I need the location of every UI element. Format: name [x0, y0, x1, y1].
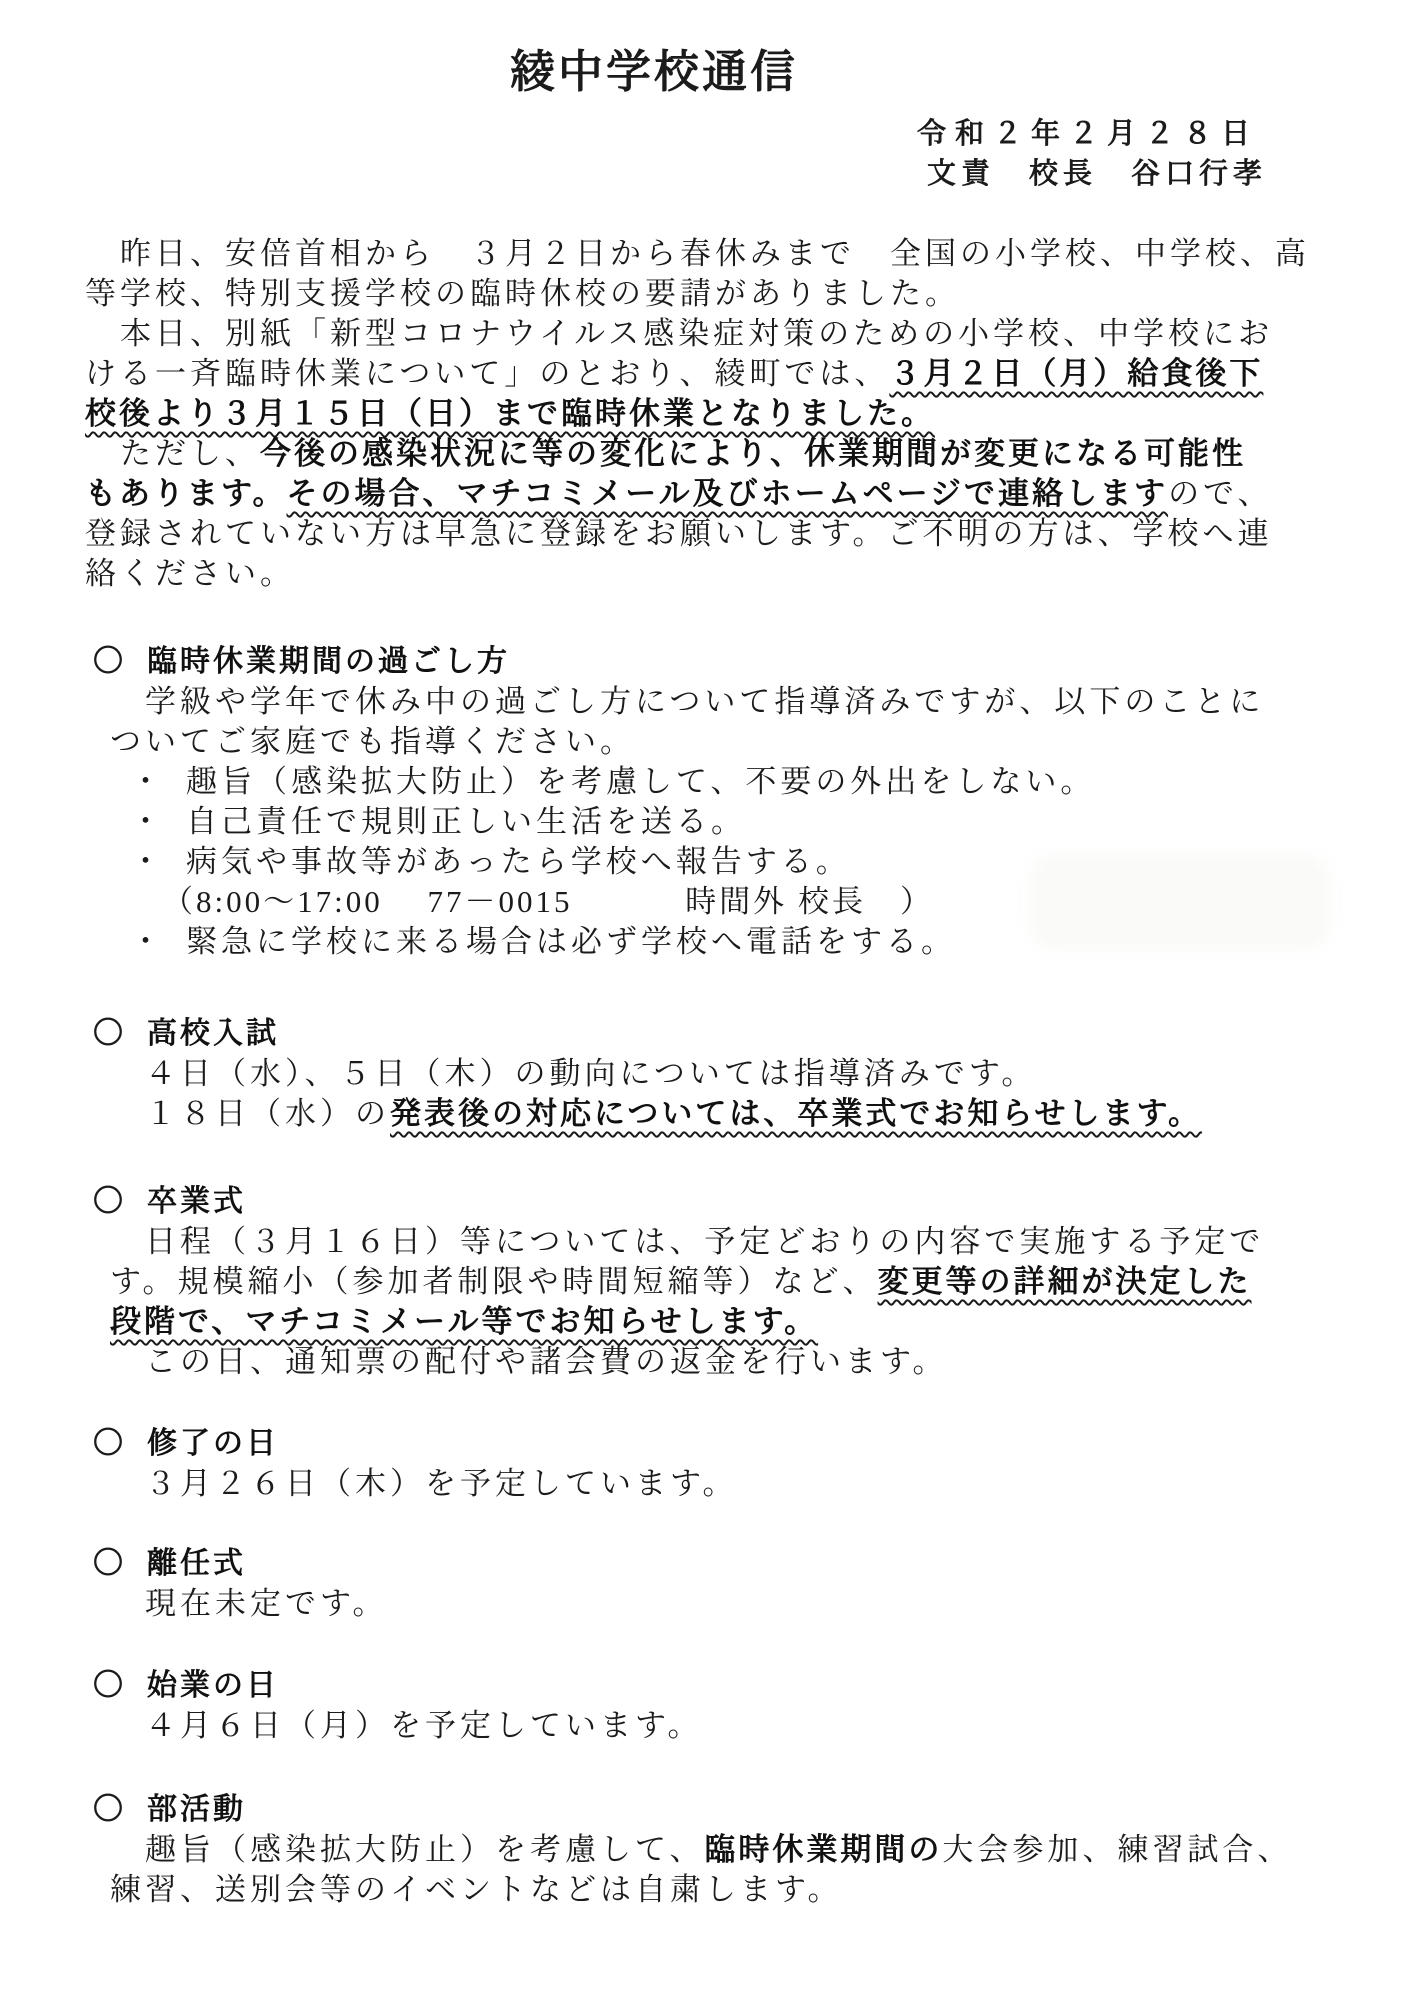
text-run: 練習、送別会等のイベントなどは自粛します。	[110, 1872, 843, 1907]
bullet-marker: ・	[130, 802, 186, 842]
section-heading: 〇 卒業式	[93, 1182, 1339, 1222]
bold-text-run: 臨時休業期間の	[704, 1832, 942, 1867]
text-run: 本日、別紙「新型コロナウイルス感染症対策のための小学校、中学校にお	[85, 316, 1273, 351]
section-graduation-ceremony: 〇 卒業式 日程（３月１６日）等については、予定どおりの内容で実施する予定で す…	[85, 1182, 1339, 1382]
emphasized-text-run: 校後より３月１５日（日）まで臨時休業となりました。	[85, 396, 935, 431]
section-body: ３月２６日（木）を予定しています。	[110, 1464, 1339, 1504]
paragraph-line: 本日、別紙「新型コロナウイルス感染症対策のための小学校、中学校にお	[85, 314, 1339, 354]
text-run: この日、通知票の配付や諸会費の返金を行います。	[110, 1344, 948, 1379]
paragraph-line: この日、通知票の配付や諸会費の返金を行います。	[110, 1342, 1339, 1382]
text-run: 学級や学年で休み中の過ごし方について指導済みですが、以下のことに	[110, 684, 1264, 719]
paragraph-line: 校後より３月１５日（日）まで臨時休業となりました。	[85, 394, 1339, 434]
bullet-marker: ・	[130, 842, 186, 882]
section-heading: 〇 高校入試	[93, 1014, 1339, 1054]
paragraph-line: す。規模縮小（参加者制限や時間短縮等）など、変更等の詳細が決定した	[110, 1262, 1339, 1302]
section-body: 現在未定です。	[110, 1584, 1339, 1624]
section-heading: 〇 始業の日	[93, 1666, 1339, 1706]
paragraph-line: もあります。その場合、マチコミメール及びホームページで連絡しますので、	[85, 474, 1339, 514]
section-term-start-day: 〇 始業の日 ４月６日（月）を予定しています。	[85, 1666, 1339, 1746]
paragraph-line: ける一斉臨時休業について」のとおり、綾町では、３月２日（月）給食後下	[85, 354, 1339, 394]
section-body: 趣旨（感染拡大防止）を考慮して、臨時休業期間の大会参加、練習試合、 練習、送別会…	[110, 1830, 1339, 1910]
text-run: 現在未定です。	[110, 1586, 388, 1621]
paragraph-line: ４日（水）、５日（木）の動向については指導済みです。	[110, 1054, 1339, 1094]
bullet-text: 病気や事故等があったら学校へ報告する。	[186, 842, 851, 882]
circle-marker: 〇	[93, 1666, 127, 1706]
text-run: 趣旨（感染拡大防止）を考慮して、	[110, 1832, 704, 1867]
bullet-item: ・自己責任で規則正しい生活を送る。	[130, 802, 1339, 842]
text-run: 登録されていない方は早急に登録をお願いします。ご不明の方は、学校へ連	[85, 516, 1273, 551]
section-title: 卒業式	[147, 1182, 246, 1222]
intro-paragraphs: 昨日、安倍首相から ３月２日から春休みまで 全国の小学校、中学校、高 等学校、特…	[85, 234, 1339, 594]
bullet-marker: ・	[130, 762, 186, 802]
section-high-school-exams: 〇 高校入試 ４日（水）、５日（木）の動向については指導済みです。 １８日（水）…	[85, 1014, 1339, 1134]
text-run: 昨日、安倍首相から ３月２日から春休みまで 全国の小学校、中学校、高	[85, 236, 1310, 271]
emphasized-text-run: その場合、マチコミメール及びホームページで連絡します	[287, 476, 1169, 511]
paragraph-line: 日程（３月１６日）等については、予定どおりの内容で実施する予定で	[110, 1222, 1339, 1262]
circle-marker: 〇	[93, 1182, 127, 1222]
emphasized-text-run: 段階で、マチコミメール等でお知らせします。	[110, 1304, 818, 1339]
bullet-marker: ・	[130, 922, 186, 962]
bold-text-run: もあります。	[85, 476, 287, 511]
author-byline: 文責 校長 谷口行孝	[85, 154, 1267, 194]
section-club-activities: 〇 部活動 趣旨（感染拡大防止）を考慮して、臨時休業期間の大会参加、練習試合、 …	[85, 1790, 1339, 1910]
bullet-item: ・趣旨（感染拡大防止）を考慮して、不要の外出をしない。	[130, 762, 1339, 802]
section-title: 高校入試	[147, 1014, 279, 1054]
section-title: 始業の日	[147, 1666, 279, 1706]
paragraph-line: 絡ください。	[85, 554, 1339, 594]
bold-text-run: 今後の感染状況に等の変化により、休業期間が変更になる可能性	[260, 436, 1246, 471]
text-run: 絡ください。	[85, 556, 295, 591]
section-body: ４日（水）、５日（木）の動向については指導済みです。 １８日（水）の発表後の対応…	[110, 1054, 1339, 1134]
paragraph-line: ４月６日（月）を予定しています。	[110, 1706, 1339, 1746]
section-body: ４月６日（月）を予定しています。	[110, 1706, 1339, 1746]
issue-date: 令和２年２月２８日	[85, 114, 1259, 154]
section-heading: 〇 臨時休業期間の過ごし方	[93, 642, 1339, 682]
section-title: 離任式	[147, 1544, 246, 1584]
section-heading: 〇 部活動	[93, 1790, 1339, 1830]
text-run: １８日（水）の	[110, 1096, 390, 1131]
text-run: ４月６日（月）を予定しています。	[110, 1708, 703, 1743]
circle-marker: 〇	[93, 1790, 127, 1830]
text-run: 大会参加、練習試合、	[942, 1832, 1292, 1867]
paragraph-line: 登録されていない方は早急に登録をお願いします。ご不明の方は、学校へ連	[85, 514, 1339, 554]
section-heading: 〇 離任式	[93, 1544, 1339, 1584]
paragraph-line: ３月２６日（木）を予定しています。	[110, 1464, 1339, 1504]
text-run: ただし、	[85, 436, 260, 471]
paragraph-line: 練習、送別会等のイベントなどは自粛します。	[110, 1870, 1339, 1910]
section-farewell-ceremony: 〇 離任式 現在未定です。	[85, 1544, 1339, 1624]
paragraph-line: 学級や学年で休み中の過ごし方について指導済みですが、以下のことに	[110, 682, 1339, 722]
section-body: 日程（３月１６日）等については、予定どおりの内容で実施する予定で す。規模縮小（…	[110, 1222, 1339, 1382]
paragraph-line: 趣旨（感染拡大防止）を考慮して、臨時休業期間の大会参加、練習試合、	[110, 1830, 1339, 1870]
newsletter-page: 綾中学校通信 令和２年２月２８日 文責 校長 谷口行孝 昨日、安倍首相から ３月…	[0, 0, 1414, 2000]
circle-marker: 〇	[93, 642, 127, 682]
section-title: 臨時休業期間の過ごし方	[147, 642, 510, 682]
text-run: ける一斉臨時休業について」のとおり、綾町では、	[85, 356, 889, 391]
bullet-text: 自己責任で規則正しい生活を送る。	[186, 802, 746, 842]
paragraph-line: ついてご家庭でも指導ください。	[110, 722, 1339, 762]
emphasized-text-run: ３月２日（月）給食後下	[889, 356, 1263, 391]
text-run: 等学校、特別支援学校の臨時休校の要請がありました。	[85, 276, 960, 311]
circle-marker: 〇	[93, 1014, 127, 1054]
bullet-text: 趣旨（感染拡大防止）を考慮して、不要の外出をしない。	[186, 762, 1095, 802]
text-run: 日程（３月１６日）等については、予定どおりの内容で実施する予定で	[110, 1224, 1264, 1259]
paragraph-line: 段階で、マチコミメール等でお知らせします。	[110, 1302, 1339, 1342]
text-run: ３月２６日（木）を予定しています。	[110, 1466, 738, 1501]
text-run: ので、	[1168, 476, 1272, 511]
paragraph-line: 昨日、安倍首相から ３月２日から春休みまで 全国の小学校、中学校、高	[85, 234, 1339, 274]
section-term-end-day: 〇 修了の日 ３月２６日（木）を予定しています。	[85, 1424, 1339, 1504]
section-title: 部活動	[147, 1790, 246, 1830]
scan-smudge-artifact	[1030, 855, 1330, 950]
text-run: ついてご家庭でも指導ください。	[110, 724, 635, 759]
bullet-text: 緊急に学校に来る場合は必ず学校へ電話をする。	[186, 922, 956, 962]
paragraph-line: 現在未定です。	[110, 1584, 1339, 1624]
circle-marker: 〇	[93, 1424, 127, 1464]
emphasized-text-run: 発表後の対応については、卒業式でお知らせします。	[390, 1096, 1202, 1131]
page-title: 綾中学校通信	[510, 40, 798, 104]
paragraph-line: ただし、今後の感染状況に等の変化により、休業期間が変更になる可能性	[85, 434, 1339, 474]
emphasized-text-run: 変更等の詳細が決定した	[878, 1264, 1252, 1299]
text-run: す。規模縮小（参加者制限や時間短縮等）など、	[110, 1264, 878, 1299]
section-heading: 〇 修了の日	[93, 1424, 1339, 1464]
paragraph-line: １８日（水）の発表後の対応については、卒業式でお知らせします。	[110, 1094, 1339, 1134]
circle-marker: 〇	[93, 1544, 127, 1584]
header-right-block: 令和２年２月２８日 文責 校長 谷口行孝	[85, 114, 1339, 194]
paragraph-line: 等学校、特別支援学校の臨時休校の要請がありました。	[85, 274, 1339, 314]
section-title: 修了の日	[147, 1424, 279, 1464]
text-run: ４日（水）、５日（木）の動向については指導済みです。	[110, 1056, 1036, 1091]
